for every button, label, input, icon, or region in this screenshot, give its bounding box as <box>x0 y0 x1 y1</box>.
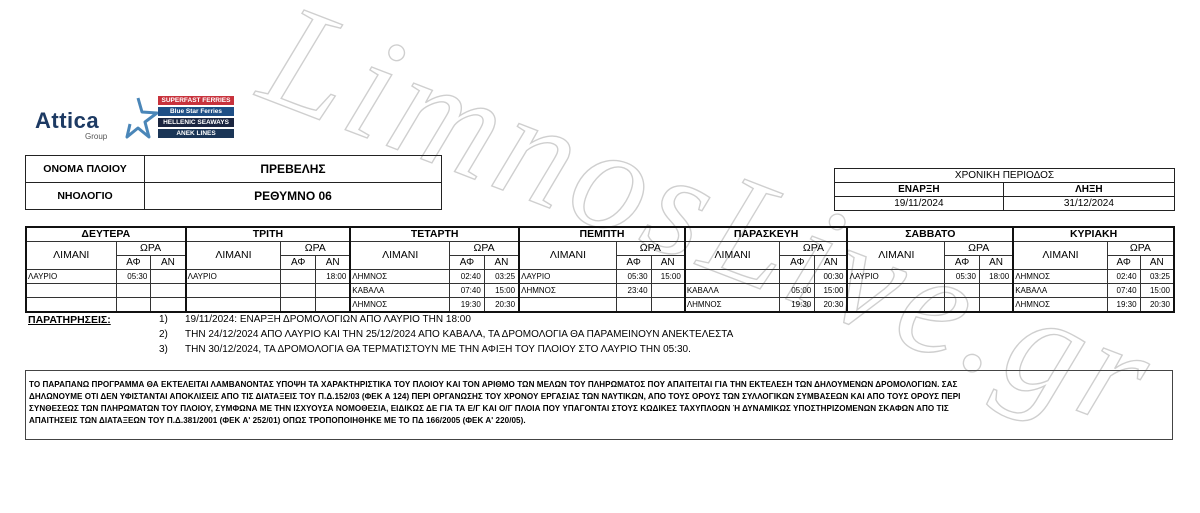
notice-line: ΔΗΛΩΝΟΥΜΕ ΟΤΙ ΔΕΝ ΥΦΙΣΤΑΝΤΑΙ ΑΠΟΚΛΙΣΕΙΣ … <box>29 391 1168 403</box>
arrival-time-cell <box>151 270 186 284</box>
departure-header: ΑΦ <box>945 256 980 270</box>
remarks-title: ΠΑΡΑΤΗΡΗΣΕΙΣ: <box>28 314 111 326</box>
arrival-time-cell <box>151 298 186 313</box>
arrival-header: ΑΝ <box>484 256 519 270</box>
port-column-header: ΛΙΜΑΝΙ <box>1013 242 1107 270</box>
arrival-time-cell: 20:30 <box>484 298 519 313</box>
arrival-time-cell <box>651 298 685 313</box>
arrival-time-cell: 20:30 <box>1140 298 1174 313</box>
port-cell <box>26 298 116 313</box>
arrival-header: ΑΝ <box>979 256 1013 270</box>
port-cell: ΛΑΥΡΙΟ <box>186 270 281 284</box>
departure-time-cell <box>281 284 316 298</box>
period-end-label: ΛΗΞΗ <box>1003 183 1174 197</box>
star-icon <box>118 96 158 140</box>
departure-time-cell: 05:30 <box>945 270 980 284</box>
ship-name-label: ΟΝΟΜΑ ΠΛΟΙΟΥ <box>26 156 145 183</box>
departure-time-cell <box>945 298 980 313</box>
port-cell: ΚΑΒΑΛΑ <box>685 284 780 298</box>
registry-value: ΡΕΘΥΜΝΟ 06 <box>145 183 442 210</box>
arrival-time-cell: 15:00 <box>1140 284 1174 298</box>
departure-time-cell: 07:40 <box>1107 284 1140 298</box>
arrival-time-cell: 03:25 <box>1140 270 1174 284</box>
port-cell: ΛΗΜΝΟΣ <box>685 298 780 313</box>
table-row: ΚΑΒΑΛΑ07:4015:00ΛΗΜΝΟΣ23:40ΚΑΒΑΛΑ05:0015… <box>26 284 1174 298</box>
departure-header: ΑΦ <box>616 256 651 270</box>
time-column-header: ΩΡΑ <box>281 242 351 256</box>
remark-item: 1)19/11/2024: ΕΝΑΡΞΗ ΔΡΟΜΟΛΟΓΙΩΝ ΑΠΟ ΛΑΥ… <box>159 314 471 325</box>
departure-time-cell: 19:30 <box>450 298 485 313</box>
arrival-time-cell: 15:00 <box>815 284 848 298</box>
port-cell <box>186 298 281 313</box>
notice-line: ΑΠΑΙΤΗΣΕΙΣ ΤΩΝ ΔΙΑΤΑΞΕΩΝ ΤΟΥ Π.Δ.381/200… <box>29 415 1168 427</box>
registry-label: ΝΗΟΛΟΓΙΟ <box>26 183 145 210</box>
brand-badge: HELLENIC SEAWAYS <box>158 118 234 127</box>
port-column-header: ΛΙΜΑΝΙ <box>26 242 116 270</box>
arrival-time-cell <box>316 298 351 313</box>
arrival-header: ΑΝ <box>151 256 186 270</box>
brand-badge: SUPERFAST FERRIES <box>158 96 234 105</box>
period-title: ΧΡΟΝΙΚΗ ΠΕΡΙΟΔΟΣ <box>835 169 1175 183</box>
day-header: ΣΑΒΒΑΤΟ <box>847 227 1013 242</box>
day-header: ΠΑΡΑΣΚΕΥΗ <box>685 227 848 242</box>
brand-badge: Blue Star Ferries <box>158 107 234 116</box>
period-start-label: ΕΝΑΡΞΗ <box>835 183 1004 197</box>
period-start-value: 19/11/2024 <box>835 197 1004 211</box>
departure-header: ΑΦ <box>1107 256 1140 270</box>
port-column-header: ΛΙΜΑΝΙ <box>685 242 780 270</box>
ship-name-value: ΠΡΕΒΕΛΗΣ <box>145 156 442 183</box>
port-cell: ΛΗΜΝΟΣ <box>350 270 449 284</box>
port-column-header: ΛΙΜΑΝΙ <box>519 242 616 270</box>
arrival-header: ΑΝ <box>316 256 351 270</box>
port-cell <box>847 284 944 298</box>
departure-time-cell: 19:30 <box>1107 298 1140 313</box>
port-column-header: ΛΙΜΑΝΙ <box>350 242 449 270</box>
period-table: ΧΡΟΝΙΚΗ ΠΕΡΙΟΔΟΣ ΕΝΑΡΞΗ ΛΗΞΗ 19/11/2024 … <box>834 168 1175 211</box>
remark-item: 3)ΤΗΝ 30/12/2024, ΤΑ ΔΡΟΜΟΛΟΓΙΑ ΘΑ ΤΕΡΜΑ… <box>159 344 691 355</box>
port-cell: ΛΗΜΝΟΣ <box>519 284 616 298</box>
port-column-header: ΛΙΜΑΝΙ <box>847 242 944 270</box>
logo-subtitle: Group <box>85 132 107 141</box>
arrival-time-cell: 20:30 <box>815 298 848 313</box>
port-cell: ΚΑΒΑΛΑ <box>1013 284 1107 298</box>
departure-time-cell <box>116 298 151 313</box>
arrival-time-cell: 15:00 <box>484 284 519 298</box>
departure-time-cell: 05:00 <box>780 284 815 298</box>
attica-group-logo: Attica Group SUPERFAST FERRIESBlue Star … <box>35 96 245 144</box>
departure-time-cell <box>780 270 815 284</box>
weekly-schedule-table: ΔΕΥΤΕΡΑΤΡΙΤΗΤΕΤΑΡΤΗΠΕΜΠΤΗΠΑΡΑΣΚΕΥΗΣΑΒΒΑΤ… <box>25 226 1175 313</box>
time-column-header: ΩΡΑ <box>616 242 685 256</box>
port-column-header: ΛΙΜΑΝΙ <box>186 242 281 270</box>
departure-time-cell: 19:30 <box>780 298 815 313</box>
departure-time-cell <box>945 284 980 298</box>
day-header: ΠΕΜΠΤΗ <box>519 227 685 242</box>
remark-text: ΤΗΝ 30/12/2024, ΤΑ ΔΡΟΜΟΛΟΓΙΑ ΘΑ ΤΕΡΜΑΤΙ… <box>185 344 691 355</box>
arrival-time-cell <box>979 284 1013 298</box>
departure-time-cell: 07:40 <box>450 284 485 298</box>
legal-notice: ΤΟ ΠΑΡΑΠΑΝΩ ΠΡΟΓΡΑΜΜΑ ΘΑ ΕΚΤΕΛΕΙΤΑΙ ΛΑΜΒ… <box>25 370 1173 440</box>
arrival-time-cell: 00:30 <box>815 270 848 284</box>
departure-header: ΑΦ <box>450 256 485 270</box>
port-cell: ΛΗΜΝΟΣ <box>350 298 449 313</box>
port-cell: ΚΑΒΑΛΑ <box>350 284 449 298</box>
port-cell: ΛΗΜΝΟΣ <box>1013 270 1107 284</box>
notice-line: ΤΟ ΠΑΡΑΠΑΝΩ ΠΡΟΓΡΑΜΜΑ ΘΑ ΕΚΤΕΛΕΙΤΑΙ ΛΑΜΒ… <box>29 379 1168 391</box>
remark-number: 1) <box>159 314 185 325</box>
day-header: ΔΕΥΤΕΡΑ <box>26 227 186 242</box>
port-cell <box>685 270 780 284</box>
port-cell <box>519 298 616 313</box>
ship-info-table: ΟΝΟΜΑ ΠΛΟΙΟΥ ΠΡΕΒΕΛΗΣ ΝΗΟΛΟΓΙΟ ΡΕΘΥΜΝΟ 0… <box>25 155 442 210</box>
departure-time-cell <box>116 284 151 298</box>
notice-line: ΣΥΝΘΕΣΕΩΣ ΤΩΝ ΠΛΗΡΩΜΑΤΩΝ ΤΟΥ ΠΛΟΙΟΥ, ΣΥΜ… <box>29 403 1168 415</box>
port-cell <box>26 284 116 298</box>
arrival-time-cell: 15:00 <box>651 270 685 284</box>
remark-text: ΤΗΝ 24/12/2024 ΑΠΟ ΛΑΥΡΙΟ ΚΑΙ ΤΗΝ 25/12/… <box>185 329 733 340</box>
port-cell: ΛΑΥΡΙΟ <box>26 270 116 284</box>
port-cell: ΛΑΥΡΙΟ <box>847 270 944 284</box>
departure-header: ΑΦ <box>281 256 316 270</box>
remark-text: 19/11/2024: ΕΝΑΡΞΗ ΔΡΟΜΟΛΟΓΙΩΝ ΑΠΟ ΛΑΥΡΙ… <box>185 314 471 325</box>
departure-header: ΑΦ <box>780 256 815 270</box>
logo-name: Attica <box>35 108 99 134</box>
time-column-header: ΩΡΑ <box>780 242 848 256</box>
table-row: ΛΗΜΝΟΣ19:3020:30ΛΗΜΝΟΣ19:3020:30ΛΗΜΝΟΣ19… <box>26 298 1174 313</box>
departure-time-cell: 05:30 <box>116 270 151 284</box>
time-column-header: ΩΡΑ <box>945 242 1014 256</box>
arrival-time-cell <box>979 298 1013 313</box>
remark-number: 2) <box>159 329 185 340</box>
arrival-time-cell <box>316 284 351 298</box>
departure-time-cell <box>616 298 651 313</box>
time-column-header: ΩΡΑ <box>116 242 186 256</box>
remark-number: 3) <box>159 344 185 355</box>
port-cell: ΛΗΜΝΟΣ <box>1013 298 1107 313</box>
departure-header: ΑΦ <box>116 256 151 270</box>
departure-time-cell: 02:40 <box>1107 270 1140 284</box>
arrival-header: ΑΝ <box>815 256 848 270</box>
arrival-header: ΑΝ <box>1140 256 1174 270</box>
day-header: ΤΕΤΑΡΤΗ <box>350 227 519 242</box>
port-cell: ΛΑΥΡΙΟ <box>519 270 616 284</box>
departure-time-cell <box>281 298 316 313</box>
departure-time-cell: 23:40 <box>616 284 651 298</box>
arrival-time-cell: 03:25 <box>484 270 519 284</box>
day-header: ΚΥΡΙΑΚΗ <box>1013 227 1174 242</box>
departure-time-cell: 05:30 <box>616 270 651 284</box>
remark-item: 2)ΤΗΝ 24/12/2024 ΑΠΟ ΛΑΥΡΙΟ ΚΑΙ ΤΗΝ 25/1… <box>159 329 733 340</box>
brand-badge: ANEK LINES <box>158 129 234 138</box>
port-cell <box>186 284 281 298</box>
departure-time-cell: 02:40 <box>450 270 485 284</box>
time-column-header: ΩΡΑ <box>450 242 520 256</box>
brand-list: SUPERFAST FERRIESBlue Star FerriesHELLEN… <box>158 96 234 140</box>
arrival-time-cell <box>651 284 685 298</box>
arrival-time-cell <box>151 284 186 298</box>
time-column-header: ΩΡΑ <box>1107 242 1174 256</box>
departure-time-cell <box>281 270 316 284</box>
day-header: ΤΡΙΤΗ <box>186 227 351 242</box>
arrival-time-cell: 18:00 <box>979 270 1013 284</box>
table-row: ΛΑΥΡΙΟ05:30ΛΑΥΡΙΟ18:00ΛΗΜΝΟΣ02:4003:25ΛΑ… <box>26 270 1174 284</box>
arrival-time-cell: 18:00 <box>316 270 351 284</box>
period-end-value: 31/12/2024 <box>1003 197 1174 211</box>
arrival-header: ΑΝ <box>651 256 685 270</box>
port-cell <box>847 298 944 313</box>
